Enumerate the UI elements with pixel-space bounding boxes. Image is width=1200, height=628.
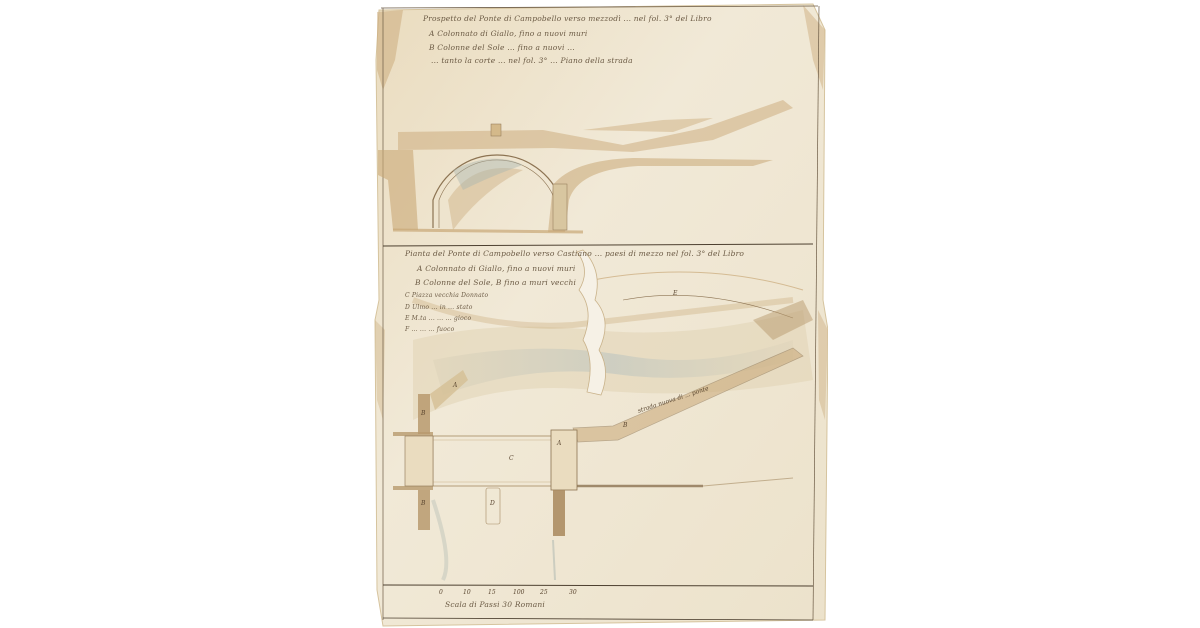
plan-label-c: C — [509, 455, 514, 462]
elevation-caption-line-1: Prospetto del Ponte di Campobello verso … — [423, 14, 712, 23]
scale-tick-1: 10 — [463, 589, 471, 596]
scale-tick-4: 25 — [540, 589, 548, 596]
scale-caption: Scala di Passi 30 Romani — [445, 600, 545, 609]
drawing-canvas — [373, 0, 828, 628]
elevation-caption-line-3: B Colonne del Sole ... fino a nuovi ... — [429, 43, 575, 52]
manuscript-sheet: Prospetto del Ponte di Campobello verso … — [373, 0, 828, 628]
scale-tick-5: 30 — [569, 589, 577, 596]
scale-tick-2: 15 — [488, 589, 496, 596]
plan-label-b-lower: B — [421, 500, 425, 507]
plan-label-e: E — [673, 290, 677, 297]
elevation-caption-line-4: ... tanto la corte ... nel fol. 3° ... P… — [431, 56, 633, 65]
plan-caption-line-d: D Ulmo ... in ... stato — [405, 304, 473, 311]
plan-label-a: A — [453, 382, 457, 389]
plan-label-b-road: B — [623, 422, 627, 429]
plan-label-d: D — [490, 500, 495, 507]
plan-caption-line-c: C Piazza vecchia Donnato — [405, 292, 488, 299]
scale-tick-0: 0 — [439, 589, 443, 596]
plan-caption-title: Pianta del Ponte di Campobello verso Cas… — [405, 249, 744, 258]
plan-caption-line-e: E M.ta ... ... ... gioco — [405, 315, 471, 322]
plan-caption-line-a: A Colonnato di Giallo, fino a nuovi muri — [417, 264, 575, 273]
plan-caption-line-f: F ... ... ... fuoco — [405, 326, 454, 333]
scale-tick-3: 100 — [513, 589, 524, 596]
plan-caption-line-b: B Colonne del Sole, B fino a muri vecchi — [415, 278, 576, 287]
plan-label-a-pier: A — [557, 440, 561, 447]
elevation-caption-line-2: A Colonnato di Giallo, fino a nuovi muri — [429, 29, 587, 38]
plan-label-b-upper: B — [421, 410, 425, 417]
